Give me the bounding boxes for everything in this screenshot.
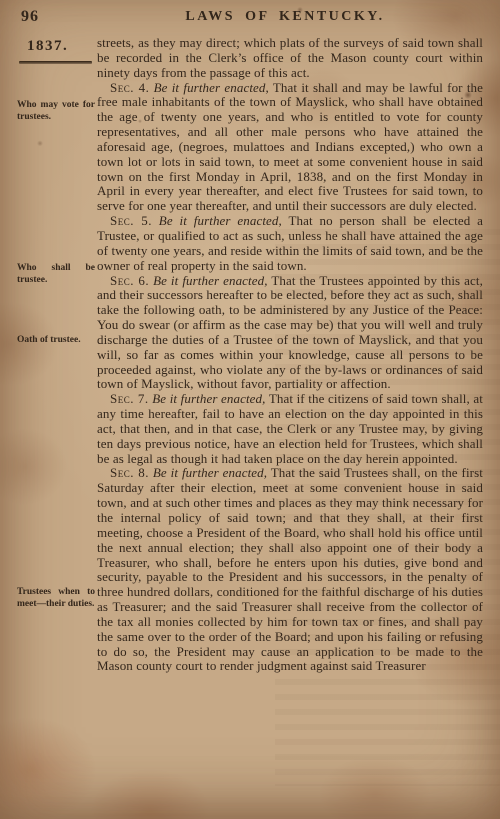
paragraph-continuation: streets, as they may direct; which plats… — [97, 36, 483, 81]
enacted-phrase: Be it further enacted, — [153, 273, 268, 288]
enacted-phrase: Be it further enacted, — [152, 391, 265, 406]
section-label: Sec. 5. — [110, 213, 152, 228]
paragraph-sec-8: Sec. 8. Be it further enacted, That the … — [97, 466, 483, 674]
year-label: 1837. — [27, 38, 68, 55]
enacted-phrase: Be it further enacted, — [154, 80, 269, 95]
page-number: 96 — [21, 8, 39, 26]
section-label: Sec. 7. — [110, 391, 149, 406]
running-title: LAWS OF KENTUCKY. — [70, 9, 500, 25]
margin-note-who-shall-be-trustee: Who shall be trustee. — [17, 262, 95, 286]
section-label: Sec. 8. — [110, 465, 149, 480]
paragraph-text: That no person shall be elected a Truste… — [97, 213, 483, 273]
paragraph-text: That the said Trustees shall, on the fir… — [97, 465, 483, 673]
year-rule-divider — [19, 61, 92, 64]
section-label: Sec. 4. — [110, 80, 149, 95]
paragraph-text: That it shall and may be lawful for the … — [97, 80, 483, 214]
paragraph-sec-7: Sec. 7. Be it further enacted, That if t… — [97, 392, 483, 466]
paragraph-text: That the Trustees appointed by this act,… — [97, 273, 483, 392]
enacted-phrase: Be it further enacted, — [153, 465, 267, 480]
statute-text-column: streets, as they may direct; which plats… — [97, 36, 483, 674]
enacted-phrase: Be it further enacted, — [159, 213, 282, 228]
scanned-book-page: 96 LAWS OF KENTUCKY. 1837. Who may vote … — [0, 0, 500, 819]
paragraph-sec-6: Sec. 6. Be it further enacted, That the … — [97, 274, 483, 393]
margin-note-trustees-when-to-meet: Trustees when to meet—their duties. — [17, 586, 95, 610]
paragraph-text: streets, as they may direct; which plats… — [97, 35, 483, 80]
paragraph-sec-5: Sec. 5. Be it further enacted, That no p… — [97, 214, 483, 273]
margin-note-who-may-vote: Who may vote for trustees. — [17, 99, 95, 123]
paragraph-sec-4: Sec. 4. Be it further enacted, That it s… — [97, 81, 483, 215]
margin-note-oath-of-trustee: Oath of trustee. — [17, 334, 95, 346]
section-label: Sec. 6. — [110, 273, 149, 288]
